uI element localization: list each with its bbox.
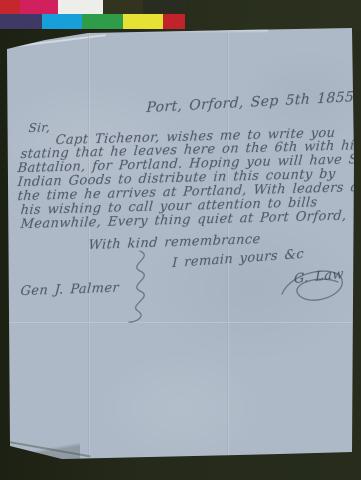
color-calibration-bar [0, 0, 186, 29]
salutation: Sir, [28, 120, 51, 135]
calibration-patch-indigo [0, 14, 42, 29]
horizontal-fold-crease [4, 322, 355, 324]
dateline: Port, Orford, Sep 5th 1855 — [146, 88, 361, 116]
calibration-patch-magenta [20, 0, 58, 14]
calibration-patch-green [82, 14, 123, 29]
pen-flourish-squiggle [120, 248, 154, 326]
calibration-patch-white [58, 0, 103, 14]
calibration-patch-crimson [163, 14, 185, 29]
letter-paper: Port, Orford, Sep 5th 1855 —Sir,Capt Tic… [0, 0, 361, 480]
calibration-patch-black-olive [143, 0, 186, 14]
calibration-patch-dark-olive [103, 0, 143, 14]
calibration-row [0, 14, 186, 29]
calibration-patch-red [0, 0, 20, 14]
calibration-patch-yellow [123, 14, 163, 29]
scan-photo: Port, Orford, Sep 5th 1855 —Sir,Capt Tic… [0, 0, 361, 480]
calibration-row [0, 0, 186, 14]
calibration-patch-cyan [42, 14, 82, 29]
signature-loop-flourish [276, 262, 354, 310]
addressee: Gen J. Palmer [20, 281, 120, 299]
closing-line-1: With kind remembrance [88, 232, 261, 253]
